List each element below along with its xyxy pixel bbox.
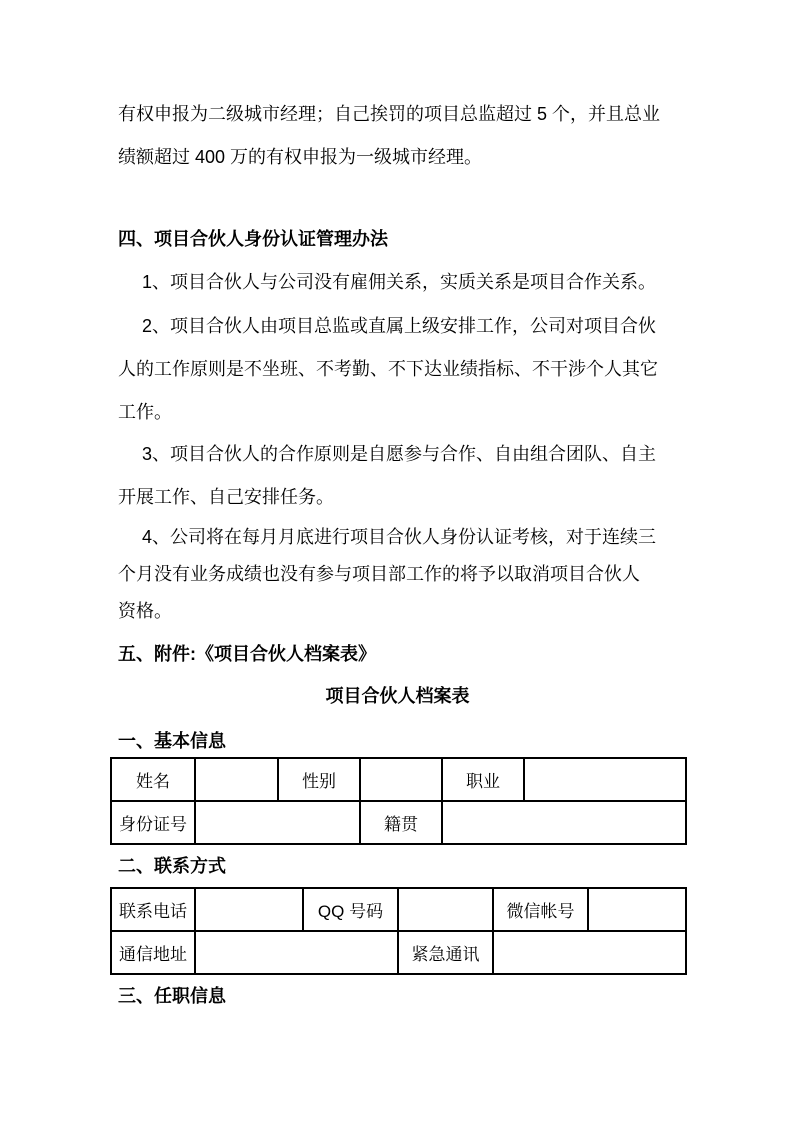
contact-info-heading: 二、联系方式 bbox=[118, 854, 226, 878]
basic-info-heading: 一、基本信息 bbox=[118, 729, 226, 753]
list-item-line: 开展工作、自己安排任务。 bbox=[118, 485, 334, 509]
name-label-cell: 姓名 bbox=[111, 758, 195, 801]
body-line: 绩额超过 400 万的有权申报为一级城市经理。 bbox=[118, 145, 482, 169]
section-heading-four: 四、项目合伙人身份认证管理办法 bbox=[118, 227, 388, 251]
section-heading-five: 五、附件:《项目合伙人档案表》 bbox=[118, 642, 376, 666]
name-value-cell bbox=[195, 758, 278, 801]
basic-info-table: 姓名 性别 职业 身份证号 籍贯 bbox=[110, 757, 687, 845]
emergency-label-cell: 紧急通讯 bbox=[398, 931, 493, 974]
document-page: 有权申报为二级城市经理；自己挨罚的项目总监超过 5 个，并且总业 绩额超过 40… bbox=[0, 0, 793, 1122]
gender-label-cell: 性别 bbox=[278, 758, 360, 801]
native-label-cell: 籍贯 bbox=[360, 801, 442, 844]
table-row: 身份证号 籍贯 bbox=[111, 801, 686, 844]
table-row: 联系电话 QQ 号码 微信帐号 bbox=[111, 888, 686, 931]
address-label-cell: 通信地址 bbox=[111, 931, 195, 974]
body-line: 有权申报为二级城市经理；自己挨罚的项目总监超过 5 个，并且总业 bbox=[118, 102, 660, 126]
table-row: 通信地址 紧急通讯 bbox=[111, 931, 686, 974]
occupation-value-cell bbox=[524, 758, 686, 801]
list-item-line: 4、公司将在每月月底进行项目合伙人身份认证考核，对于连续三 bbox=[142, 525, 656, 549]
phone-label-cell: 联系电话 bbox=[111, 888, 195, 931]
wechat-value-cell bbox=[588, 888, 686, 931]
address-value-cell bbox=[195, 931, 398, 974]
occupation-label-cell: 职业 bbox=[442, 758, 524, 801]
native-value-cell bbox=[442, 801, 686, 844]
wechat-label-cell: 微信帐号 bbox=[493, 888, 588, 931]
list-item-line: 1、项目合伙人与公司没有雇佣关系，实质关系是项目合作关系。 bbox=[142, 270, 656, 294]
qq-value-cell bbox=[398, 888, 493, 931]
form-title: 项目合伙人档案表 bbox=[110, 684, 685, 708]
phone-value-cell bbox=[195, 888, 303, 931]
emergency-value-cell bbox=[493, 931, 686, 974]
gender-value-cell bbox=[360, 758, 442, 801]
list-item-line: 3、项目合伙人的合作原则是自愿参与合作、自由组合团队、自主 bbox=[142, 442, 656, 466]
table-row: 姓名 性别 职业 bbox=[111, 758, 686, 801]
contact-info-table: 联系电话 QQ 号码 微信帐号 通信地址 紧急通讯 bbox=[110, 887, 687, 975]
list-item-line: 个月没有业务成绩也没有参与项目部工作的将予以取消项目合伙人 bbox=[118, 562, 640, 586]
id-label-cell: 身份证号 bbox=[111, 801, 195, 844]
qq-label-cell: QQ 号码 bbox=[303, 888, 398, 931]
list-item-line: 工作。 bbox=[118, 400, 172, 424]
id-value-cell bbox=[195, 801, 360, 844]
list-item-line: 2、项目合伙人由项目总监或直属上级安排工作，公司对项目合伙 bbox=[142, 314, 656, 338]
list-item-line: 资格。 bbox=[118, 599, 172, 623]
employment-info-heading: 三、任职信息 bbox=[118, 984, 226, 1008]
list-item-line: 人的工作原则是不坐班、不考勤、不下达业绩指标、不干涉个人其它 bbox=[118, 357, 658, 381]
